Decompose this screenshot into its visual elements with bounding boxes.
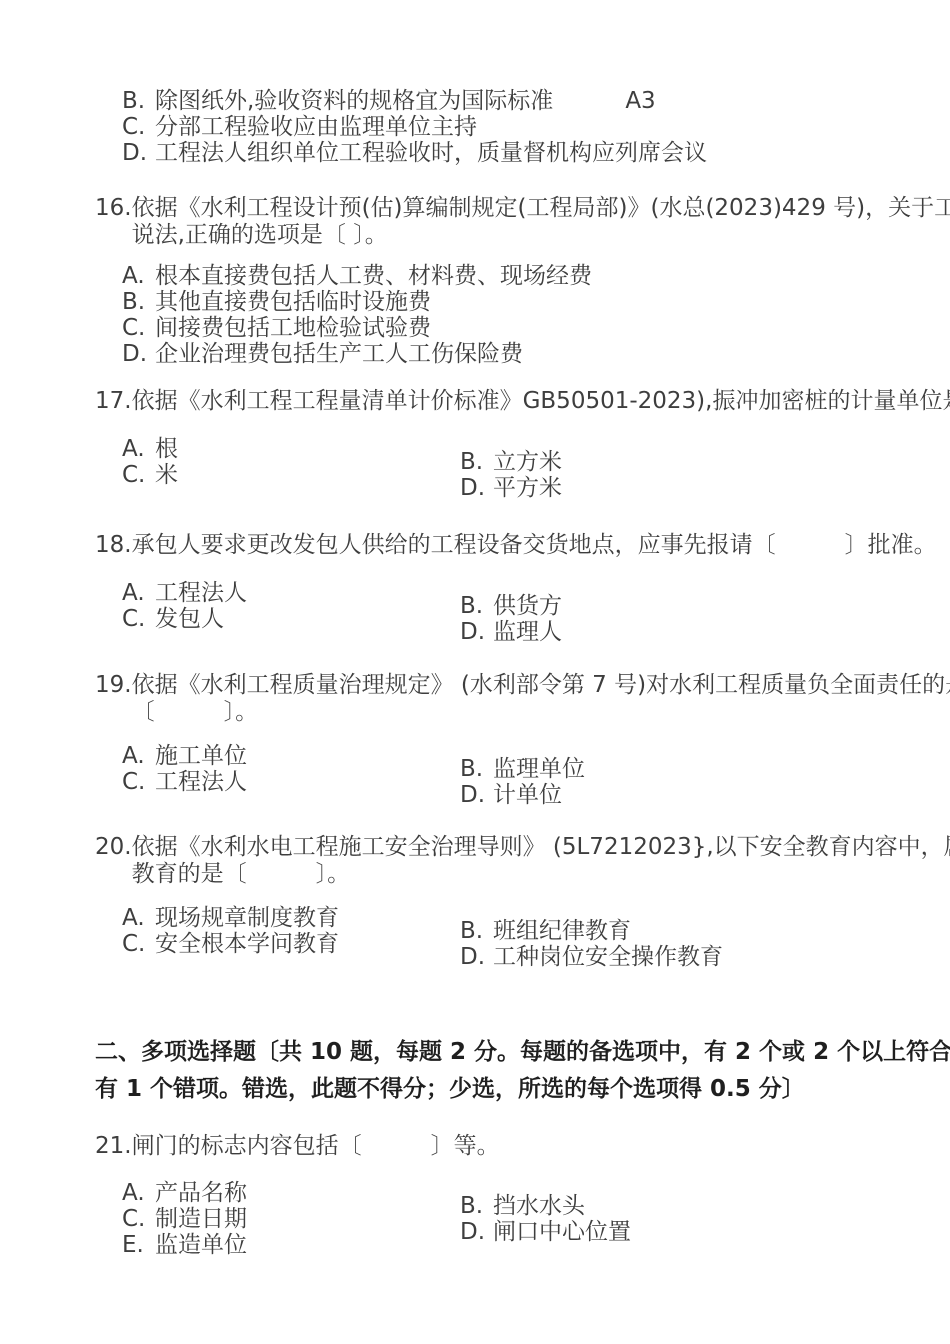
option-letter: B. (460, 756, 493, 782)
option-text: 企业治理费包括生产工人工伤保险费 (155, 341, 523, 367)
question-18-options: A. 工程法人 C. 发包人 B. 供货方 D. 监理人 (122, 580, 900, 645)
question-number: 19. (95, 672, 132, 699)
stem-line: 〔 〕。 (132, 699, 950, 726)
option-row: B. 除图纸外,验收资料的规格宜为国际标准 A3 (122, 88, 900, 114)
option-letter: D. (122, 341, 155, 367)
option-row: D. 计单位 (460, 782, 585, 808)
option-letter: C. (122, 606, 155, 632)
option-text: 制造日期 (155, 1206, 247, 1232)
option-text: 现场规章制度教育 (155, 905, 339, 931)
option-text: 工程法人 (155, 580, 247, 606)
option-row: C. 工程法人 (122, 769, 460, 795)
option-letter: A. (122, 436, 155, 462)
options-left-column: A. 工程法人 C. 发包人 (122, 580, 460, 645)
option-letter: A. (122, 905, 155, 931)
section-header-line: 二、多项选择题〔共 10 题，每题 2 分。每题的备选项中，有 2 个或 2 个… (95, 1034, 900, 1071)
stem-line: 依据《水利工程设计预(估)算编制规定(工程局部)》(水总(2023)429 号)… (132, 195, 950, 222)
option-text: 监理人 (493, 619, 562, 645)
option-letter: B. (460, 449, 493, 475)
option-row: C. 安全根本学问教育 (122, 931, 460, 957)
question-16: 16. 依据《水利工程设计预(估)算编制规定(工程局部)》(水总(2023)42… (95, 195, 900, 367)
option-row: D. 企业治理费包括生产工人工伤保险费 (122, 341, 900, 367)
option-text: 闸口中心位置 (493, 1219, 631, 1245)
page-content: B. 除图纸外,验收资料的规格宜为国际标准 A3 C. 分部工程验收应由监理单位… (0, 0, 950, 1258)
option-row: B. 供货方 (460, 593, 562, 619)
stem-text: 依据《水利工程设计预(估)算编制规定(工程局部)》(水总(2023)429 号)… (132, 195, 950, 249)
question-stem: 19. 依据《水利工程质量治理规定》 (水利部令第 7 号)对水利工程质量负全面… (95, 672, 900, 726)
option-letter: C. (122, 931, 155, 957)
option-row: A. 根本直接费包括人工费、材料费、现场经费 (122, 263, 900, 289)
stem-text: 依据《水利水电工程施工安全治理导则》 (5L7212023},以下安全教育内容中… (132, 834, 950, 888)
question-stem: 18. 承包人要求更改发包人供给的工程设备交货地点，应事先报请〔 〕批准。 (95, 532, 900, 559)
option-row: B. 其他直接费包括临时设施费 (122, 289, 900, 315)
option-letter: D. (460, 619, 493, 645)
option-text: 根本直接费包括人工费、材料费、现场经费 (155, 263, 592, 289)
options-right-column: B. 供货方 D. 监理人 (460, 593, 562, 645)
option-letter: D. (460, 1219, 493, 1245)
question-stem: 21. 闸门的标志内容包括〔 〕等。 (95, 1133, 900, 1160)
options-right-column: B. 班组纪律教育 D. 工种岗位安全操作教育 (460, 918, 723, 970)
option-row: E. 监造单位 (122, 1232, 460, 1258)
option-letter: A. (122, 580, 155, 606)
question-17: 17. 依据《水利工程工程量清单计价标准》GB50501-2023),振冲加密桩… (95, 388, 900, 501)
option-text: 平方米 (493, 475, 562, 501)
stem-text: 承包人要求更改发包人供给的工程设备交货地点，应事先报请〔 〕批准。 (132, 532, 937, 559)
stem-text: 闸门的标志内容包括〔 〕等。 (132, 1133, 500, 1160)
option-text: 挡水水头 (493, 1193, 585, 1219)
stem-line: 教育的是〔 〕。 (132, 861, 950, 888)
question-21: 21. 闸门的标志内容包括〔 〕等。 A. 产品名称 C. 制造日期 (95, 1133, 900, 1258)
option-text: 施工单位 (155, 743, 247, 769)
question-18: 18. 承包人要求更改发包人供给的工程设备交货地点，应事先报请〔 〕批准。 A.… (95, 532, 900, 645)
question-number: 17. (95, 388, 132, 415)
option-text: 米 (155, 462, 178, 488)
option-letter: C. (122, 315, 155, 341)
option-text: 发包人 (155, 606, 224, 632)
option-row: B. 挡水水头 (460, 1193, 631, 1219)
option-letter: A. (122, 743, 155, 769)
question-number: 21. (95, 1133, 132, 1160)
option-letter: C. (122, 462, 155, 488)
option-row: D. 闸口中心位置 (460, 1219, 631, 1245)
options-right-column: B. 立方米 D. 平方米 (460, 449, 562, 501)
question-19-options: A. 施工单位 C. 工程法人 B. 监理单位 D. 计单位 (122, 743, 900, 808)
question-number: 16. (95, 195, 132, 222)
option-text: 工种岗位安全操作教育 (493, 944, 723, 970)
stem-text: 依据《水利工程质量治理规定》 (水利部令第 7 号)对水利工程质量负全面责任的是… (132, 672, 950, 726)
question-number: 20. (95, 834, 132, 861)
question-number: 18. (95, 532, 132, 559)
option-letter: A. (122, 1180, 155, 1206)
option-row: A. 根 (122, 436, 460, 462)
option-text: 工程法人 (155, 769, 247, 795)
option-letter: D. (122, 140, 155, 166)
option-text: 分部工程验收应由监理单位主持 (155, 114, 477, 140)
options-right-column: B. 挡水水头 D. 闸口中心位置 (460, 1193, 631, 1258)
option-suffix-a3: A3 (625, 88, 655, 114)
stem-line: 承包人要求更改发包人供给的工程设备交货地点，应事先报请〔 〕批准。 (132, 532, 937, 559)
option-letter: C. (122, 114, 155, 140)
option-letter: B. (460, 593, 493, 619)
option-letter: B. (460, 1193, 493, 1219)
question-15-options: B. 除图纸外,验收资料的规格宜为国际标准 A3 C. 分部工程验收应由监理单位… (122, 88, 900, 166)
option-row: B. 班组纪律教育 (460, 918, 723, 944)
question-19: 19. 依据《水利工程质量治理规定》 (水利部令第 7 号)对水利工程质量负全面… (95, 672, 900, 808)
stem-line: 依据《水利水电工程施工安全治理导则》 (5L7212023},以下安全教育内容中… (132, 834, 950, 861)
option-letter: B. (122, 88, 155, 114)
option-row: A. 工程法人 (122, 580, 460, 606)
option-text: 计单位 (493, 782, 562, 808)
exam-document-page: B. 除图纸外,验收资料的规格宜为国际标准 A3 C. 分部工程验收应由监理单位… (0, 0, 950, 1344)
option-letter: C. (122, 769, 155, 795)
option-row: C. 发包人 (122, 606, 460, 632)
section-2-header: 二、多项选择题〔共 10 题，每题 2 分。每题的备选项中，有 2 个或 2 个… (95, 1034, 900, 1108)
option-letter: A. (122, 263, 155, 289)
option-row: B. 监理单位 (460, 756, 585, 782)
option-row: D. 工程法人组织单位工程验收时，质量督机构应列席会议 (122, 140, 900, 166)
options-left-column: A. 施工单位 C. 工程法人 (122, 743, 460, 808)
option-row: C. 间接费包括工地检验试验费 (122, 315, 900, 341)
options-left-column: A. 根 C. 米 (122, 436, 460, 501)
options-left-column: A. 产品名称 C. 制造日期 E. 监造单位 (122, 1180, 460, 1258)
option-row: A. 现场规章制度教育 (122, 905, 460, 931)
stem-line: 依据《水利工程质量治理规定》 (水利部令第 7 号)对水利工程质量负全面责任的是 (132, 672, 950, 699)
option-text: 供货方 (493, 593, 562, 619)
option-row: C. 米 (122, 462, 460, 488)
option-row: A. 施工单位 (122, 743, 460, 769)
option-letter: D. (460, 782, 493, 808)
option-row: A. 产品名称 (122, 1180, 460, 1206)
option-letter: C. (122, 1206, 155, 1232)
option-row: B. 立方米 (460, 449, 562, 475)
option-letter: D. (460, 944, 493, 970)
option-text: 监理单位 (493, 756, 585, 782)
question-stem: 20. 依据《水利水电工程施工安全治理导则》 (5L7212023},以下安全教… (95, 834, 900, 888)
option-row: C. 分部工程验收应由监理单位主持 (122, 114, 900, 140)
question-20-options: A. 现场规章制度教育 C. 安全根本学问教育 B. 班组纪律教育 D. (122, 905, 900, 970)
option-text: 立方米 (493, 449, 562, 475)
option-letter: D. (460, 475, 493, 501)
section-header-line: 有 1 个错项。错选，此题不得分；少选，所选的每个选项得 0.5 分〕 (95, 1071, 900, 1108)
option-text: 除图纸外,验收资料的规格宜为国际标准 (155, 88, 553, 114)
stem-text: 依据《水利工程工程量清单计价标准》GB50501-2023),振冲加密桩的计量单… (132, 388, 950, 415)
option-text: 安全根本学问教育 (155, 931, 339, 957)
option-row: D. 监理人 (460, 619, 562, 645)
option-text: 根 (155, 436, 178, 462)
option-text: 间接费包括工地检验试验费 (155, 315, 431, 341)
option-row: D. 工种岗位安全操作教育 (460, 944, 723, 970)
options-left-column: A. 现场规章制度教育 C. 安全根本学问教育 (122, 905, 460, 970)
stem-line: 依据《水利工程工程量清单计价标准》GB50501-2023),振冲加密桩的计量单… (132, 388, 950, 415)
stem-line: 闸门的标志内容包括〔 〕等。 (132, 1133, 500, 1160)
option-row: C. 制造日期 (122, 1206, 460, 1232)
option-text: 产品名称 (155, 1180, 247, 1206)
question-stem: 17. 依据《水利工程工程量清单计价标准》GB50501-2023),振冲加密桩… (95, 388, 900, 415)
question-21-options: A. 产品名称 C. 制造日期 E. 监造单位 B. 挡水水头 (122, 1180, 900, 1258)
options-right-column: B. 监理单位 D. 计单位 (460, 756, 585, 808)
question-20: 20. 依据《水利水电工程施工安全治理导则》 (5L7212023},以下安全教… (95, 834, 900, 970)
question-stem: 16. 依据《水利工程设计预(估)算编制规定(工程局部)》(水总(2023)42… (95, 195, 900, 249)
question-16-options: A. 根本直接费包括人工费、材料费、现场经费 B. 其他直接费包括临时设施费 C… (122, 263, 900, 367)
option-letter: B. (460, 918, 493, 944)
option-letter: E. (122, 1232, 155, 1258)
option-letter: B. (122, 289, 155, 315)
option-row: D. 平方米 (460, 475, 562, 501)
question-17-options: A. 根 C. 米 B. 立方米 D. 平方米 (122, 436, 900, 501)
option-text: 监造单位 (155, 1232, 247, 1258)
stem-line: 说法,正确的选项是〔 〕。 (132, 222, 950, 249)
option-text: 其他直接费包括临时设施费 (155, 289, 431, 315)
option-text: 班组纪律教育 (493, 918, 631, 944)
option-text: 工程法人组织单位工程验收时，质量督机构应列席会议 (155, 140, 707, 166)
